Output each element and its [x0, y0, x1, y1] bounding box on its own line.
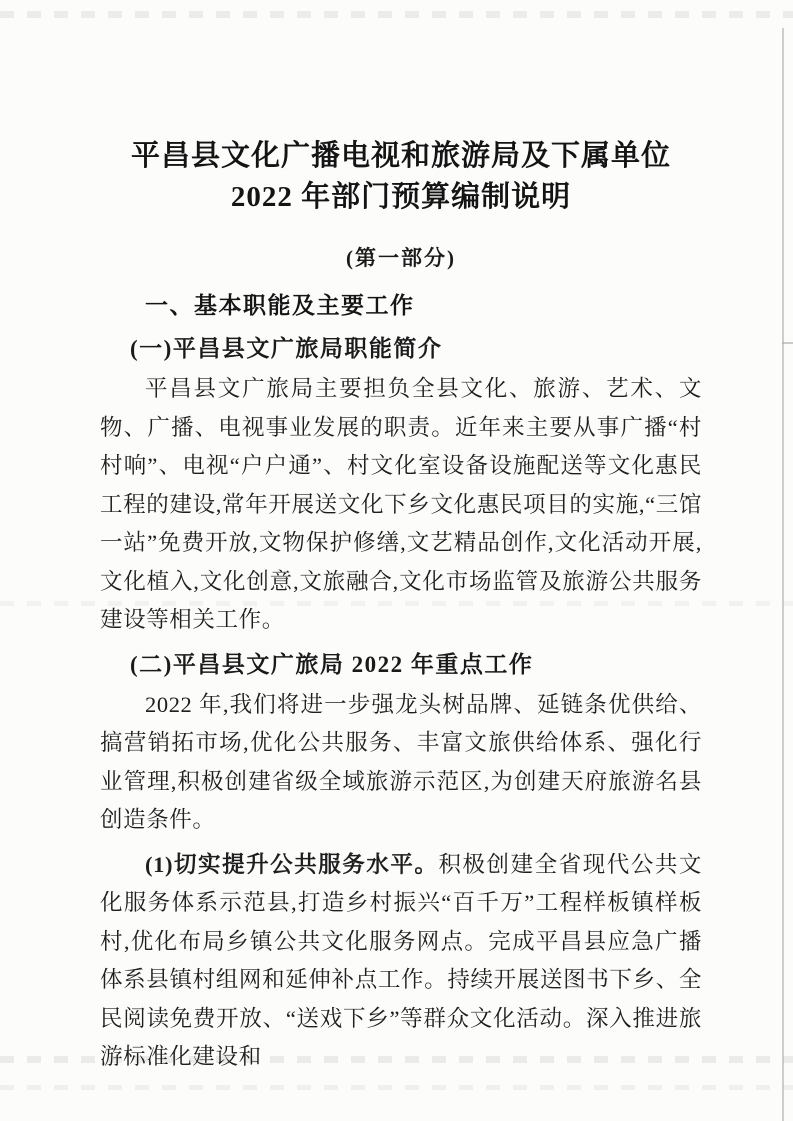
document-content: 平昌县文化广播电视和旅游局及下属单位 2022 年部门预算编制说明 (第一部分)…: [100, 0, 702, 1077]
scan-artifact-band-bottom-2: [0, 1085, 793, 1090]
scan-artifact-right-edge-tick: [782, 342, 793, 344]
subsection-heading-functions-intro: (一)平昌县文广旅局职能简介: [130, 334, 702, 364]
document-title-line1: 平昌县文化广播电视和旅游局及下属单位: [100, 136, 702, 177]
section-heading-basic-functions: 一、基本职能及主要工作: [145, 290, 702, 320]
paragraph-item1-lead: (1)切实提升公共服务水平。: [145, 852, 438, 877]
paragraph-2022-overview: 2022 年,我们将进一步强龙头树品牌、延链条优供给、搞营销拓市场,优化公共服务…: [100, 686, 702, 840]
paragraph-item1-public-service: (1)切实提升公共服务水平。积极创建全省现代公共文化服务体系示范县,打造乡村振兴…: [100, 846, 702, 1077]
subsection-heading-2022-key-work: (二)平昌县文广旅局 2022 年重点工作: [130, 650, 702, 680]
document-title: 平昌县文化广播电视和旅游局及下属单位 2022 年部门预算编制说明: [100, 136, 702, 218]
paragraph-item1-text: 积极创建全省现代公共文化服务体系示范县,打造乡村振兴“百千万”工程样板镇样板村,…: [100, 852, 702, 1070]
paragraph-functions-intro: 平昌县文广旅局主要担负全县文化、旅游、艺术、文物、广播、电视事业发展的职责。近年…: [100, 370, 702, 640]
scan-artifact-right-edge-line: [782, 28, 784, 1121]
document-title-line2: 2022 年部门预算编制说明: [100, 177, 702, 218]
part-label: (第一部分): [100, 245, 702, 272]
document-page: 平昌县文化广播电视和旅游局及下属单位 2022 年部门预算编制说明 (第一部分)…: [0, 0, 793, 1121]
